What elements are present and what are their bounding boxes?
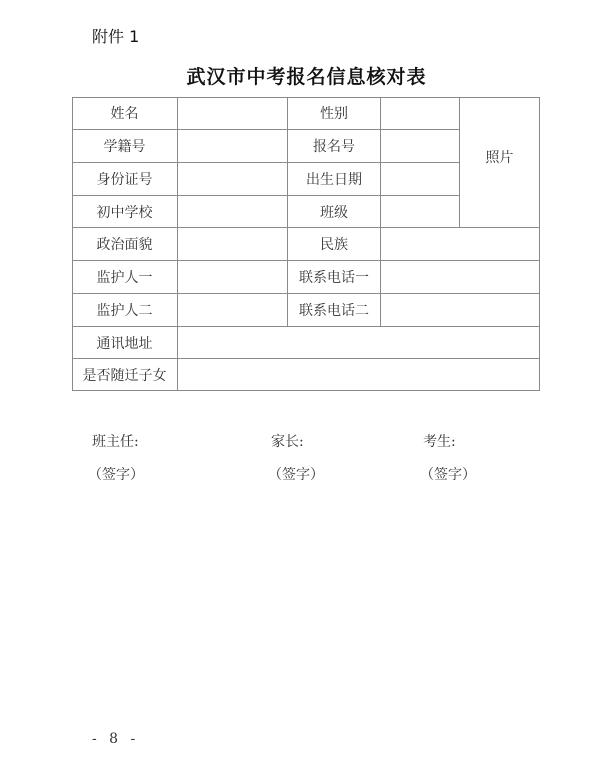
signature-parent-role: 家长: bbox=[271, 431, 304, 451]
field-ethnicity[interactable] bbox=[381, 228, 540, 261]
field-name[interactable] bbox=[178, 97, 288, 130]
field-guardian-2[interactable] bbox=[178, 294, 288, 327]
field-id-number[interactable] bbox=[178, 163, 288, 196]
label-birth-date: 出生日期 bbox=[288, 163, 381, 196]
label-registration-no: 报名号 bbox=[288, 130, 381, 163]
photo-box[interactable]: 照片 bbox=[460, 97, 540, 228]
field-birth-date[interactable] bbox=[381, 163, 460, 196]
field-guardian-1[interactable] bbox=[178, 261, 288, 294]
page-number: - 8 - bbox=[92, 731, 139, 747]
label-guardian-2: 监护人二 bbox=[72, 294, 178, 327]
label-phone-2: 联系电话二 bbox=[288, 294, 381, 327]
label-guardian-1: 监护人一 bbox=[72, 261, 178, 294]
label-address: 通讯地址 bbox=[72, 327, 178, 359]
label-ethnicity: 民族 bbox=[288, 228, 381, 261]
field-junior-school[interactable] bbox=[178, 196, 288, 228]
field-phone-2[interactable] bbox=[381, 294, 540, 327]
field-migrant-child[interactable] bbox=[178, 359, 540, 391]
label-migrant-child: 是否随迁子女 bbox=[72, 359, 178, 391]
label-junior-school: 初中学校 bbox=[72, 196, 178, 228]
attachment-label: 附件 1 bbox=[92, 24, 139, 47]
form-title: 武汉市中考报名信息核对表 bbox=[0, 62, 613, 89]
field-political-status[interactable] bbox=[178, 228, 288, 261]
signature-student-note[interactable]: （签字） bbox=[420, 464, 476, 484]
signature-head-teacher-role: 班主任: bbox=[92, 431, 139, 451]
signature-head-teacher-note[interactable]: （签字） bbox=[88, 464, 144, 484]
field-address[interactable] bbox=[178, 327, 540, 359]
label-phone-1: 联系电话一 bbox=[288, 261, 381, 294]
field-phone-1[interactable] bbox=[381, 261, 540, 294]
label-political-status: 政治面貌 bbox=[72, 228, 178, 261]
label-name: 姓名 bbox=[72, 97, 178, 130]
label-student-id: 学籍号 bbox=[72, 130, 178, 163]
field-registration-no[interactable] bbox=[381, 130, 460, 163]
field-class[interactable] bbox=[381, 196, 460, 228]
label-gender: 性别 bbox=[288, 97, 381, 130]
label-id-number: 身份证号 bbox=[72, 163, 178, 196]
signature-student-role: 考生: bbox=[423, 431, 456, 451]
field-gender[interactable] bbox=[381, 97, 460, 130]
info-table: 姓名 性别 照片 学籍号 报名号 身份证号 出生日期 初中学校 班级 政治面貌 … bbox=[72, 97, 540, 391]
photo-label: 照片 bbox=[486, 147, 514, 167]
label-class: 班级 bbox=[288, 196, 381, 228]
field-student-id[interactable] bbox=[178, 130, 288, 163]
signature-parent-note[interactable]: （签字） bbox=[268, 464, 324, 484]
